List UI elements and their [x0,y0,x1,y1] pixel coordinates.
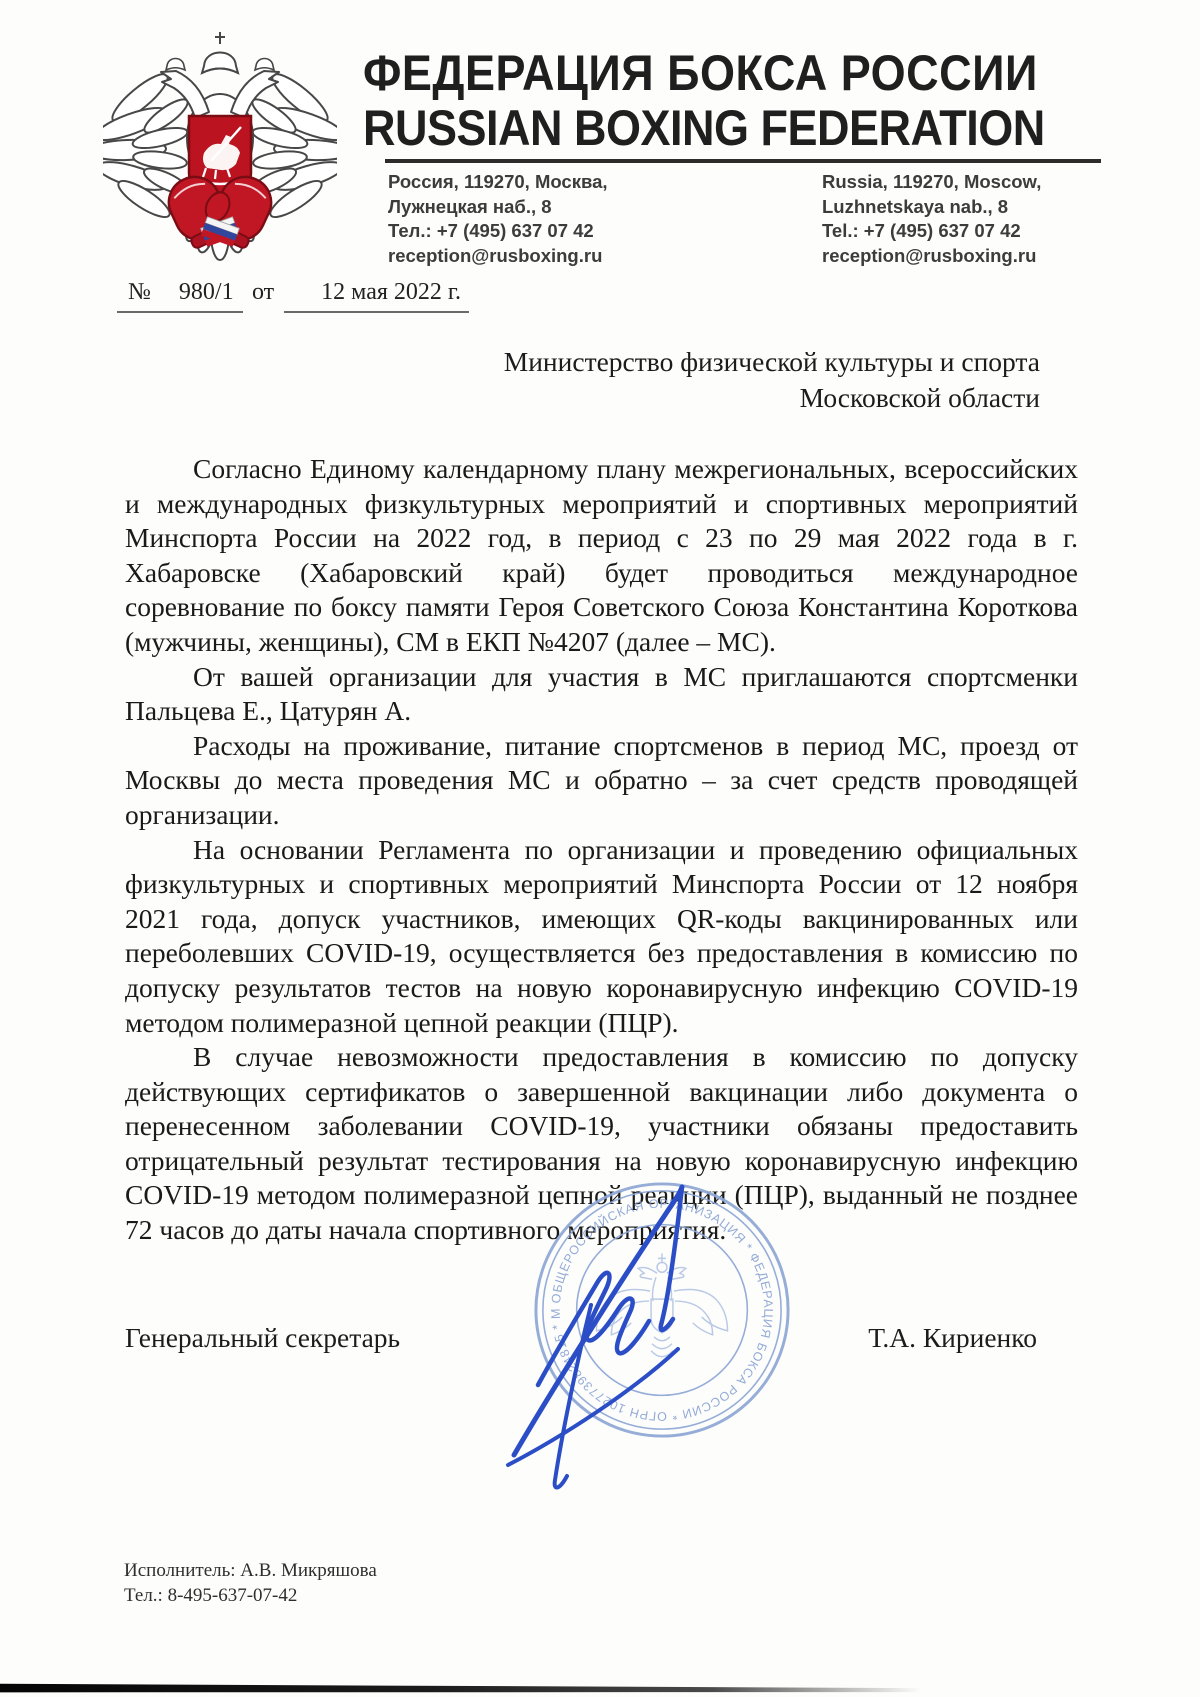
contact-email: reception@rusboxing.ru [822,244,1041,269]
coat-of-arms-emblem [103,26,337,264]
contact-block-ru: Россия, 119270, Москва, Лужнецкая наб., … [388,170,608,268]
addressee-line: Министерство физической культуры и спорт… [504,344,1040,380]
body-paragraph: Расходы на проживание, питание спортсмен… [125,729,1078,833]
contact-email: reception@rusboxing.ru [388,244,608,269]
contact-line: Лужнецкая наб., 8 [388,195,608,220]
letterhead-divider [385,159,1101,163]
contact-block-en: Russia, 119270, Moscow, Luzhnetskaya nab… [822,170,1041,268]
central-crown [202,32,238,73]
letter-page: ФЕДЕРАЦИЯ БОКСА РОССИИ RUSSIAN BOXING FE… [0,0,1200,1697]
contact-line: Тел.: +7 (495) 637 07 42 [388,219,608,244]
executor-block: Исполнитель: А.В. Микряшова Тел.: 8-495-… [124,1558,377,1608]
addressee-line: Московской области [504,380,1040,416]
doc-number-field: № 980/1 [117,279,243,313]
doc-date-preposition: от [252,279,274,306]
handwritten-signature [470,1153,710,1498]
executor-name: Исполнитель: А.В. Микряшова [124,1558,377,1583]
body-paragraph: На основании Регламента по организации и… [125,833,1078,1041]
contact-line: Luzhnetskaya nab., 8 [822,195,1041,220]
contact-line: Россия, 119270, Москва, [388,170,608,195]
letter-body: Согласно Единому календарному плану межр… [125,452,1078,1248]
scan-artifact-edge [0,1682,950,1694]
signer-position: Генеральный секретарь [125,1322,400,1354]
doc-date-field: 12 мая 2022 г. [284,279,469,313]
doc-number-label: № [128,279,151,306]
addressee-block: Министерство физической культуры и спорт… [504,344,1040,416]
reference-line: № 980/1 от 12 мая 2022 г. [117,279,469,313]
contact-line: Russia, 119270, Moscow, [822,170,1041,195]
doc-number-value: 980/1 [179,279,234,306]
signer-name: Т.А. Кириенко [868,1322,1037,1354]
org-title-en: RUSSIAN BOXING FEDERATION [363,99,1045,157]
body-paragraph: Согласно Единому календарному плану межр… [125,452,1078,660]
body-paragraph: От вашей организации для участия в МС пр… [125,660,1078,729]
executor-phone: Тел.: 8-495-637-07-42 [124,1583,377,1608]
contact-line: Tel.: +7 (495) 637 07 42 [822,219,1041,244]
org-title-ru: ФЕДЕРАЦИЯ БОКСА РОССИИ [363,44,1038,102]
doc-date-value: 12 мая 2022 г. [321,279,461,305]
